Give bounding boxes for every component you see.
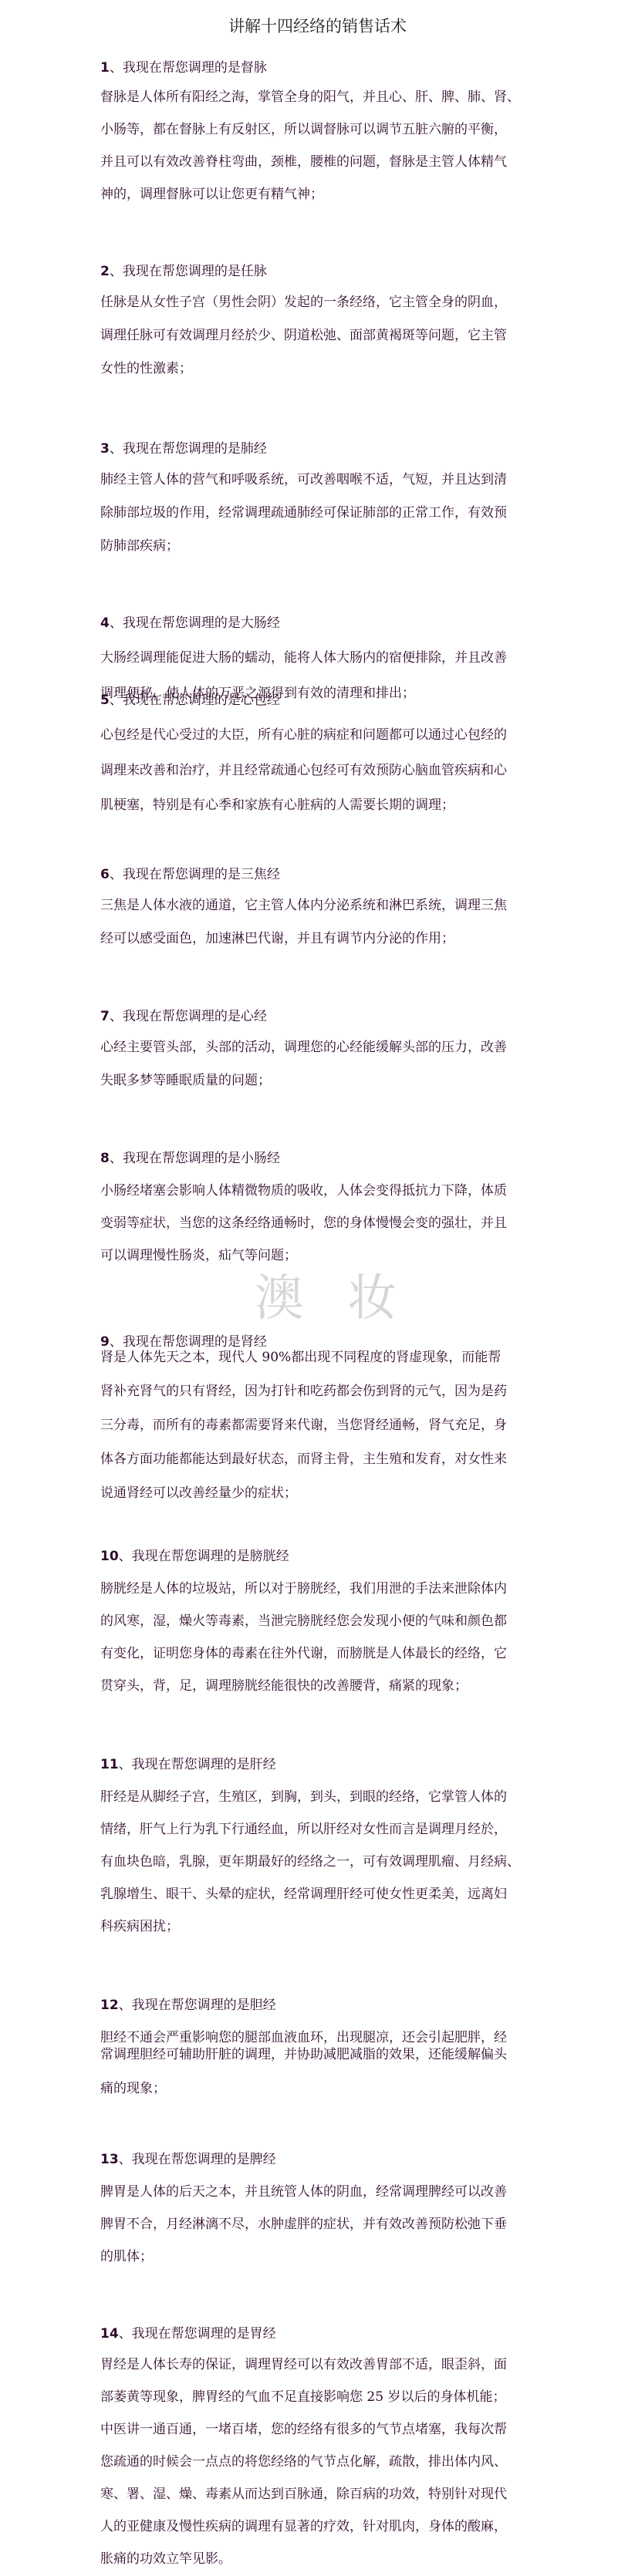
- section-number: 11: [100, 1757, 119, 1772]
- section-heading: 14、我现在帮您调理的是胃经: [100, 2325, 563, 2343]
- body-line: 肾补充肾气的只有肾经，因为打针和吃药都会伤到肾的元气，因为是药: [100, 1382, 507, 1401]
- body-line: 小肠经堵塞会影响人体精微物质的吸收，人体会变得抵抗力下降，体质: [100, 1182, 507, 1200]
- section-number: 14: [100, 2326, 119, 2342]
- body-line: 寒、署、湿、燥、毒素从而达到百脉通，除百病的功效，特别针对现代: [100, 2485, 507, 2504]
- body-line: 调理来改善和治疗，并且经常疏通心包经可有效预防心脑血管疾病和心: [100, 761, 507, 780]
- section-heading: 8、我现在帮您调理的是小肠经: [100, 1149, 563, 1168]
- section-heading-text: 、我现在帮您调理的是肾经: [110, 1334, 267, 1350]
- section-number: 1: [100, 60, 110, 76]
- body-line: 可以调理慢性肠炎，疝气等问题；: [100, 1246, 297, 1265]
- body-line: 常调理胆经可辅助肝脏的调理，并协助减肥减脂的效果，还能缓解偏头: [100, 2045, 507, 2064]
- body-line: 乳腺增生、眼干、头晕的症状，经常调理肝经可使女性更柔美，远离妇: [100, 1885, 507, 1903]
- body-line: 三焦是人体水液的通道，它主管人体内分泌系统和淋巴系统，调理三焦: [100, 896, 507, 915]
- section-13: 13、我现在帮您调理的是脾经 脾胃是人体的后天之本，并且统管人体的阴血，经常调理…: [100, 2150, 563, 2169]
- section-heading-text: 、我现在帮您调理的是三焦经: [110, 867, 280, 882]
- section-4: 4、我现在帮您调理的是大肠经 大肠经调理能促进大肠的蠕动，能将人体大肠内的宿便排…: [100, 614, 563, 632]
- section-heading: 1、我现在帮您调理的是督脉: [100, 59, 563, 77]
- section-heading: 13、我现在帮您调理的是脾经: [100, 2150, 563, 2169]
- section-11: 11、我现在帮您调理的是肝经 肝经是从脚经子宫，生殖区，到胸，到头，到眼的经络，…: [100, 1755, 563, 1774]
- section-number: 3: [100, 441, 110, 457]
- section-heading-text: 、我现在帮您调理的是膀胱经: [119, 1549, 289, 1564]
- body-line: 肝经是从脚经子宫，生殖区，到胸，到头，到眼的经络，它掌管人体的: [100, 1788, 507, 1806]
- body-line: 中医讲一通百通，一堵百堵，您的经络有很多的气节点堵塞，我每次帮: [100, 2420, 507, 2439]
- body-line: 人的亚健康及慢性疾病的调理有显著的疗效，针对肌肉，身体的酸麻，: [100, 2517, 507, 2536]
- body-line: 的肌体；: [100, 2247, 153, 2266]
- body-line: 小肠等，都在督脉上有反射区，所以调督脉可以调节五脏六腑的平衡，: [100, 120, 507, 139]
- section-heading: 3、我现在帮您调理的是肺经: [100, 440, 563, 458]
- section-8: 8、我现在帮您调理的是小肠经 小肠经堵塞会影响人体精微物质的吸收，人体会变得抵抗…: [100, 1149, 563, 1168]
- section-heading-text: 、我现在帮您调理的是肺经: [110, 441, 267, 457]
- section-heading-text: 、我现在帮您调理的是小肠经: [110, 1151, 280, 1166]
- section-number: 9: [100, 1334, 110, 1350]
- body-line: 除肺部垃圾的作用，经常调理疏通肺经可保证肺部的正常工作，有效预: [100, 504, 507, 522]
- section-10: 10、我现在帮您调理的是膀胱经 膀胱经是人体的垃圾站，所以对于膀胱经，我们用泄的…: [100, 1547, 563, 1566]
- section-number: 6: [100, 867, 110, 882]
- body-line: 经可以感受面色，加速淋巴代谢，并且有调节内分泌的作用；: [100, 929, 454, 948]
- section-heading: 4、我现在帮您调理的是大肠经: [100, 614, 563, 632]
- body-line: 胆经不通会严重影响您的腿部血液血环，出现腿凉，还会引起肥胖，经: [100, 2028, 507, 2047]
- section-heading: 11、我现在帮您调理的是肝经: [100, 1755, 563, 1774]
- section-2: 2、我现在帮您调理的是任脉 任脉是从女性子宫（男性会阴）发起的一条经络，它主管全…: [100, 262, 563, 281]
- body-line: 贯穿头，背，足，调理膀胱经能很快的改善腰背，痛紧的现象；: [100, 1677, 468, 1695]
- body-line: 三分毒，而所有的毒素都需要肾来代谢，当您肾经通畅，肾气充足，身: [100, 1416, 507, 1435]
- section-number: 12: [100, 1998, 119, 2013]
- document-title: 讲解十四经络的销售话术: [0, 14, 635, 37]
- body-line: 痛的现象；: [100, 2079, 166, 2098]
- body-line: 您疏通的时候会一点点的将您经络的气节点化解，疏散，排出体内风、: [100, 2453, 507, 2471]
- body-line: 防肺部疾病；: [100, 537, 179, 555]
- body-line: 胃经是人体长寿的保证，调理胃经可以有效改善胃部不适，眼歪斜，面: [100, 2355, 507, 2374]
- body-line: 调理任脉可有效调理月经於少、阴道松弛、面部黄褐斑等问题，它主管: [100, 326, 507, 345]
- body-line: 大肠经调理能促进大肠的蠕动，能将人体大肠内的宿便排除，并且改善: [100, 649, 507, 667]
- section-heading: 12、我现在帮您调理的是胆经: [100, 1996, 563, 2015]
- section-5: 5、我现在帮您调理的是心包经 心包经是代心受过的大臣，所有心脏的病症和问题都可以…: [100, 691, 563, 710]
- body-line: 肾是人体先天之本，现代人 90%都出现不同程度的肾虚现象，而能帮: [100, 1348, 501, 1367]
- body-line: 膀胱经是人体的垃圾站，所以对于膀胱经，我们用泄的手法来泄除体内: [100, 1580, 507, 1598]
- section-1: 1、我现在帮您调理的是督脉 督脉是人体所有阳经之海，掌管全身的阳气，并且心、肝、…: [100, 59, 563, 77]
- body-line: 胀痛的功效立竿见影。: [100, 2550, 231, 2568]
- section-number: 8: [100, 1151, 110, 1166]
- section-9: 9、我现在帮您调理的是肾经 肾是人体先天之本，现代人 90%都出现不同程度的肾虚…: [100, 1333, 563, 1351]
- body-line: 肺经主管人体的营气和呼吸系统，可改善咽喉不适，气短，并且达到清: [100, 470, 507, 489]
- body-line: 说通肾经可以改善经量少的症状；: [100, 1484, 297, 1502]
- body-line: 任脉是从女性子宫（男性会阴）发起的一条经络，它主管全身的阴血，: [100, 293, 507, 312]
- body-line: 神的，调理督脉可以让您更有精气神；: [100, 185, 323, 204]
- section-6: 6、我现在帮您调理的是三焦经 三焦是人体水液的通道，它主管人体内分泌系统和淋巴系…: [100, 865, 563, 884]
- section-number: 4: [100, 615, 110, 631]
- body-line: 失眠多梦等睡眠质量的问题；: [100, 1071, 271, 1090]
- body-line: 的风寒，湿，燥火等毒素，当泄完膀胱经您会发现小便的气味和颜色都: [100, 1612, 507, 1630]
- section-heading: 7、我现在帮您调理的是心经: [100, 1007, 563, 1026]
- section-14: 14、我现在帮您调理的是胃经 胃经是人体长寿的保证，调理胃经可以有效改善胃部不适…: [100, 2325, 563, 2343]
- section-heading: 10、我现在帮您调理的是膀胱经: [100, 1547, 563, 1566]
- section-number: 13: [100, 2152, 119, 2167]
- body-line: 肌梗塞，特别是有心季和家族有心脏病的人需要长期的调理；: [100, 796, 454, 814]
- section-heading-text: 、我现在帮您调理的是胆经: [119, 1998, 276, 2013]
- watermark-text: 澳 妆: [255, 1259, 410, 1330]
- body-line: 督脉是人体所有阳经之海，掌管全身的阳气，并且心、肝、脾、肺、肾、: [100, 88, 520, 106]
- body-line: 心包经是代心受过的大臣，所有心脏的病症和问题都可以通过心包经的: [100, 726, 507, 744]
- section-number: 10: [100, 1549, 119, 1564]
- section-heading-text: 、我现在帮您调理的是心经: [110, 1009, 267, 1024]
- body-line: 情绪，肝气上行为乳下行通经血，所以肝经对女性而言是调理月经於，: [100, 1820, 507, 1839]
- section-heading: 6、我现在帮您调理的是三焦经: [100, 865, 563, 884]
- section-3: 3、我现在帮您调理的是肺经 肺经主管人体的营气和呼吸系统，可改善咽喉不适，气短，…: [100, 440, 563, 458]
- section-heading-text: 、我现在帮您调理的是脾经: [119, 2152, 276, 2167]
- section-heading-text: 、我现在帮您调理的是大肠经: [110, 615, 280, 631]
- document-page: 讲解十四经络的销售话术 1、我现在帮您调理的是督脉 督脉是人体所有阳经之海，掌管…: [0, 0, 635, 2576]
- body-line: 脾胃是人体的后天之本，并且统管人体的阴血，经常调理脾经可以改善: [100, 2183, 507, 2201]
- section-heading-text: 、我现在帮您调理的是督脉: [110, 60, 267, 76]
- section-number: 7: [100, 1009, 110, 1024]
- body-line: 心经主要管头部，头部的活动，调理您的心经能缓解头部的压力，改善: [100, 1038, 507, 1057]
- section-7: 7、我现在帮您调理的是心经 心经主要管头部，头部的活动，调理您的心经能缓解头部的…: [100, 1007, 563, 1026]
- section-number: 2: [100, 264, 110, 279]
- section-heading-text: 、我现在帮您调理的是任脉: [110, 264, 267, 279]
- body-line: 部萎黄等现象，脾胃经的气血不足直接影响您 25 岁以后的身体机能；: [100, 2388, 505, 2406]
- section-heading-text: 、我现在帮您调理的是肝经: [119, 1757, 276, 1772]
- section-heading-text: 、我现在帮您调理的是胃经: [119, 2326, 276, 2342]
- section-12: 12、我现在帮您调理的是胆经 胆经不通会严重影响您的腿部血液血环，出现腿凉，还会…: [100, 1996, 563, 2015]
- body-line: 脾胃不合，月经淋漓不尽，水肿虚胖的症状，并有效改善预防松弛下垂: [100, 2215, 507, 2234]
- body-line: 有血块色暗，乳腺，更年期最好的经络之一，可有效调理肌瘤、月经病、: [100, 1853, 520, 1871]
- section-heading: 5、我现在帮您调理的是心包经: [100, 691, 563, 710]
- body-line: 并且可以有效改善脊柱弯曲，颈椎，腰椎的问题，督脉是主管人体精气: [100, 153, 507, 171]
- section-heading: 2、我现在帮您调理的是任脉: [100, 262, 563, 281]
- body-line: 科疾病困扰；: [100, 1917, 179, 1936]
- body-line: 有变化，证明您身体的毒素在往外代谢，而膀胱是人体最长的经络，它: [100, 1644, 507, 1663]
- body-line: 女性的性激素；: [100, 359, 192, 378]
- body-line: 变弱等症状，当您的这条经络通畅时，您的身体慢慢会变的强壮，并且: [100, 1214, 507, 1232]
- section-number: 5: [100, 693, 110, 708]
- section-heading-text: 、我现在帮您调理的是心包经: [110, 693, 280, 708]
- body-line: 体各方面功能都能达到最好状态，而肾主骨，主生殖和发育，对女性来: [100, 1450, 507, 1468]
